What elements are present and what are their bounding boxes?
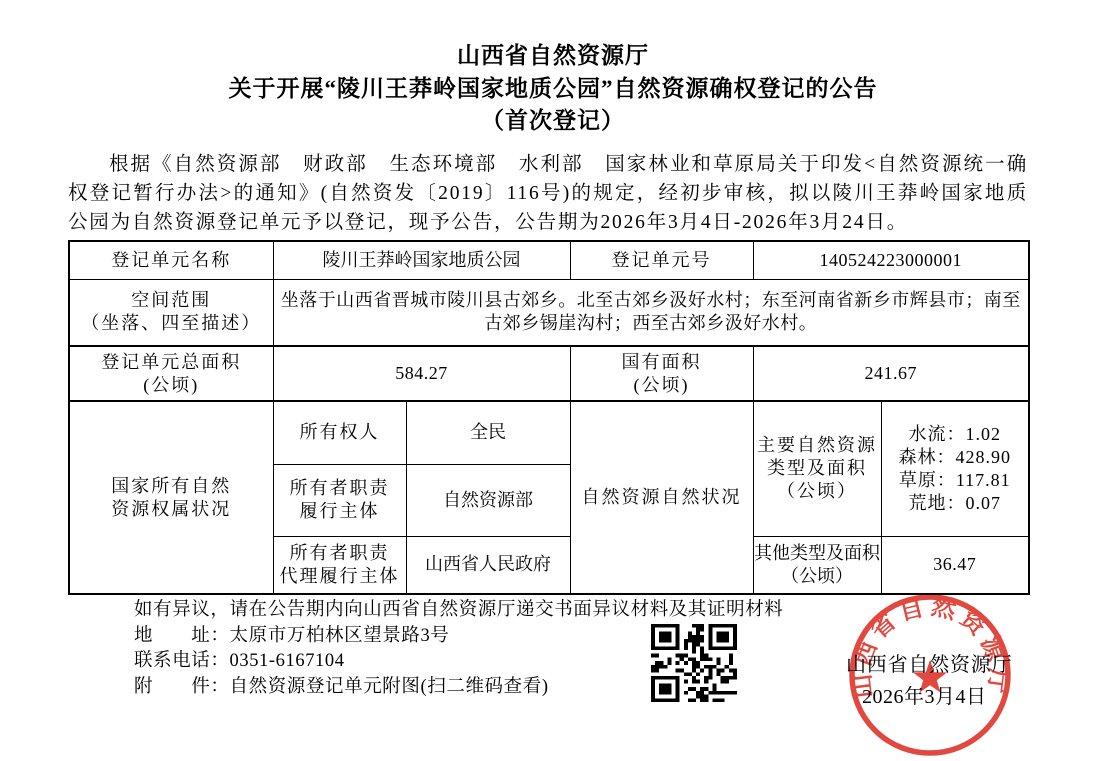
registration-table: 登记单元名称 陵川王莽岭国家地质公园 登记单元号 140524223000001…	[68, 240, 1030, 595]
duty-value: 自然资源部	[406, 464, 570, 536]
total-area-label: 登记单元总面积 (公顷)	[69, 346, 273, 401]
duty-label: 所有者职责 履行主体	[273, 464, 406, 536]
title-subtitle: （首次登记）	[0, 105, 1106, 138]
title-agency: 山西省自然资源厅	[0, 40, 1106, 73]
scope-label: 空间范围 （坐落、四至描述）	[69, 279, 273, 346]
natural-status-label: 自然资源自然状况	[570, 401, 753, 594]
main-types-values: 水流：1.02 森林：428.90 草原：117.81 荒地：0.07	[881, 401, 1029, 536]
unit-name-label: 登记单元名称	[69, 241, 273, 279]
qr-code	[651, 624, 737, 702]
state-area-label: 国有面积 (公顷)	[570, 346, 753, 401]
main-types-label: 主要自然资源 类型及面积 （公顷）	[753, 401, 881, 536]
state-area-value: 241.67	[753, 346, 1029, 401]
scope-value: 坐落于山西省晋城市陵川县古郊乡。北至古郊乡汲好水村；东至河南省新乡市辉县市；南至…	[273, 279, 1029, 346]
other-types-label: 其他类型及面积 （公顷）	[753, 536, 881, 594]
title-main: 关于开展“陵川王莽岭国家地质公园”自然资源确权登记的公告	[0, 73, 1106, 106]
total-area-value: 584.27	[273, 346, 570, 401]
owner-label: 所有权人	[273, 401, 406, 464]
unit-no-label: 登记单元号	[570, 241, 753, 279]
unit-name-value: 陵川王莽岭国家地质公园	[273, 241, 570, 279]
intro-paragraph: 根据《自然资源部 财政部 生态环境部 水利部 国家林业和草原局关于印发<自然资源…	[68, 150, 1028, 237]
ownership-label: 国家所有自然 资源权属状况	[69, 401, 273, 594]
document-title: 山西省自然资源厅 关于开展“陵川王莽岭国家地质公园”自然资源确权登记的公告 （首…	[0, 40, 1106, 138]
owner-value: 全民	[406, 401, 570, 464]
other-types-value: 36.47	[881, 536, 1029, 594]
announcement-document: 山西省自然资源厅 关于开展“陵川王莽岭国家地质公园”自然资源确权登记的公告 （首…	[0, 0, 1106, 761]
agent-value: 山西省人民政府	[406, 536, 570, 594]
star-icon	[913, 660, 947, 693]
unit-no-value: 140524223000001	[753, 241, 1029, 279]
agent-label: 所有者职责 代理履行主体	[273, 536, 406, 594]
objection-note: 如有异议，请在公告期内向山西省自然资源厅递交书面异议材料及其证明材料	[134, 598, 783, 624]
official-seal: 山西省自然资源厅	[843, 590, 1019, 761]
